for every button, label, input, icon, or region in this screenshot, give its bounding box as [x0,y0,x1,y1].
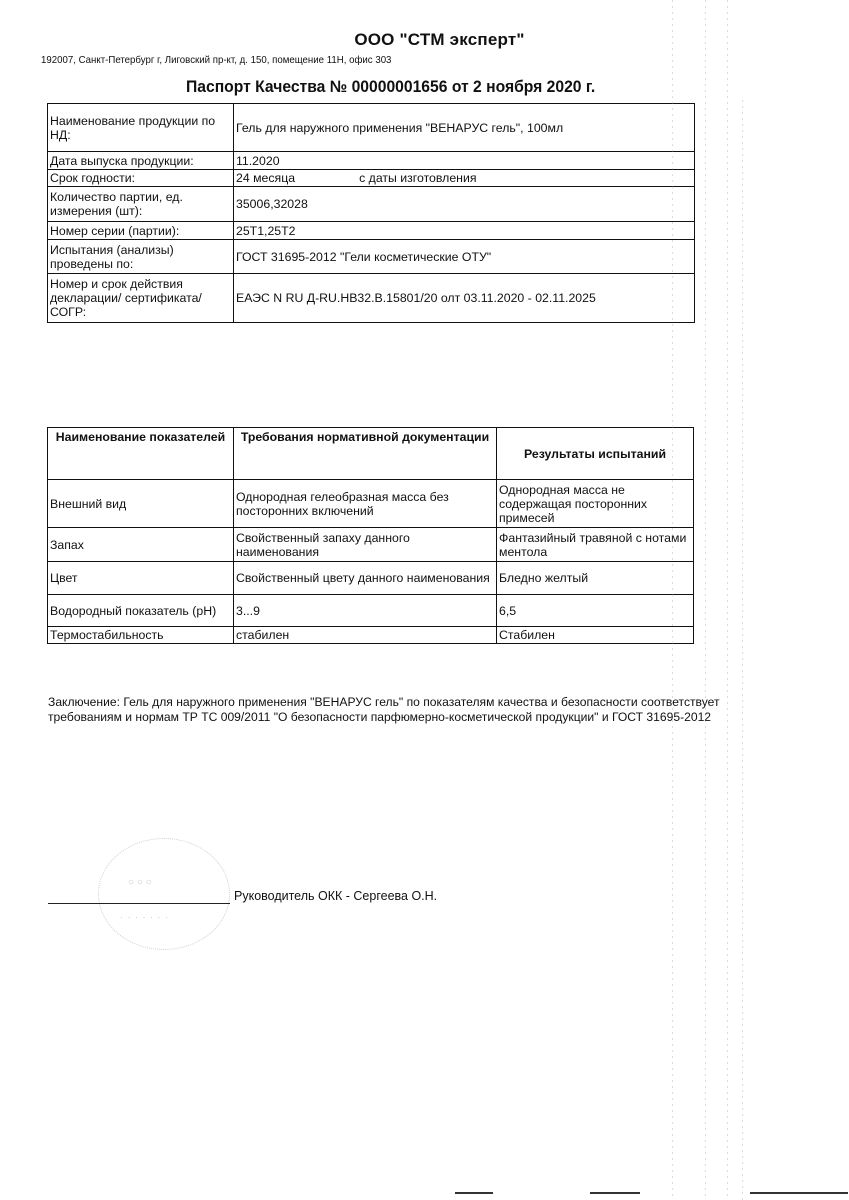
quality-row-color: Цвет Свойственный цвету данного наименов… [48,562,694,595]
info-row-series-number: Номер серии (партии): 25Т1,25Т2 [48,222,695,240]
requirement-cell: Свойственный запаху данного наименования [234,528,497,562]
result-cell: 6,5 [497,595,694,627]
info-row-declaration: Номер и срок действия декларации/ сертиф… [48,274,695,323]
result-cell: Фантазийный травяной с нотами ментола [497,528,694,562]
info-value: Гель для наружного применения "ВЕНАРУС г… [234,104,695,152]
scan-edge-mark [455,1192,493,1194]
indicator-cell: Внешний вид [48,480,234,528]
stamp-ring-icon: · · · · · · · [120,912,169,922]
quality-row-ph: Водородный показатель (рН) 3...9 6,5 [48,595,694,627]
info-row-shelf-life: Срок годности: 24 месяцас даты изготовле… [48,170,695,187]
info-label: Наименование продукции по НД: [48,104,234,152]
conclusion-text: Заключение: Гель для наружного применени… [48,695,738,724]
column-header-indicator: Наименование показателей [48,428,234,480]
info-value: 11.2020 [234,152,695,170]
quality-header-row: Наименование показателей Требования норм… [48,428,694,480]
requirement-cell: Однородная гелеобразная масса без постор… [234,480,497,528]
requirement-cell: Свойственный цвету данного наименования [234,562,497,595]
quality-row-appearance: Внешний вид Однородная гелеобразная масс… [48,480,694,528]
signature-line [48,903,230,904]
signer-name: Руководитель ОКК - Сергеева О.Н. [234,889,437,903]
document-title: Паспорт Качества № 00000001656 от 2 нояб… [186,78,595,97]
info-row-product-name: Наименование продукции по НД: Гель для н… [48,104,695,152]
product-info-table: Наименование продукции по НД: Гель для н… [47,103,695,323]
info-label: Испытания (анализы) проведены по: [48,240,234,274]
scan-noise [705,0,706,1200]
info-value: ГОСТ 31695-2012 "Гели косметические ОТУ" [234,240,695,274]
scan-noise [727,0,728,1200]
info-label: Количество партии, ед. измерения (шт): [48,187,234,222]
indicator-cell: Запах [48,528,234,562]
quality-row-thermostability: Термостабильность стабилен Стабилен [48,627,694,644]
result-cell: Бледно желтый [497,562,694,595]
info-label: Номер серии (партии): [48,222,234,240]
company-name: ООО "СТМ эксперт" [0,30,849,50]
scan-noise [672,0,673,1200]
info-value-cell: 24 месяцас даты изготовления [234,170,695,187]
info-label: Дата выпуска продукции: [48,152,234,170]
indicator-cell: Водородный показатель (рН) [48,595,234,627]
info-value: 24 месяца [236,171,295,185]
info-row-tests-standard: Испытания (анализы) проведены по: ГОСТ 3… [48,240,695,274]
info-value: ЕАЭС N RU Д-RU.НВ32.В.15801/20 олт 03.11… [234,274,695,323]
stamp-icon [98,838,230,950]
result-cell: Стабилен [497,627,694,644]
info-label: Номер и срок действия декларации/ сертиф… [48,274,234,323]
quality-indicators-table: Наименование показателей Требования норм… [47,427,694,644]
scan-edge-mark [750,1192,848,1194]
stamp-mark-icon: ○ ○ ○ [128,877,152,888]
result-cell: Однородная масса не содержащая посторонн… [497,480,694,528]
scan-noise [742,100,743,1200]
scan-edge-mark [590,1192,640,1194]
info-value: 25Т1,25Т2 [234,222,695,240]
requirement-cell: 3...9 [234,595,497,627]
info-row-release-date: Дата выпуска продукции: 11.2020 [48,152,695,170]
indicator-cell: Цвет [48,562,234,595]
column-header-requirement: Требования нормативной документации [234,428,497,480]
company-address: 192007, Санкт-Петербург г, Лиговский пр-… [41,54,391,66]
quality-row-smell: Запах Свойственный запаху данного наимен… [48,528,694,562]
indicator-cell: Термостабильность [48,627,234,644]
info-label: Срок годности: [48,170,234,187]
info-note: с даты изготовления [359,171,476,185]
info-value: 35006,32028 [234,187,695,222]
column-header-result: Результаты испытаний [497,428,694,480]
info-row-batch-quantity: Количество партии, ед. измерения (шт): 3… [48,187,695,222]
requirement-cell: стабилен [234,627,497,644]
